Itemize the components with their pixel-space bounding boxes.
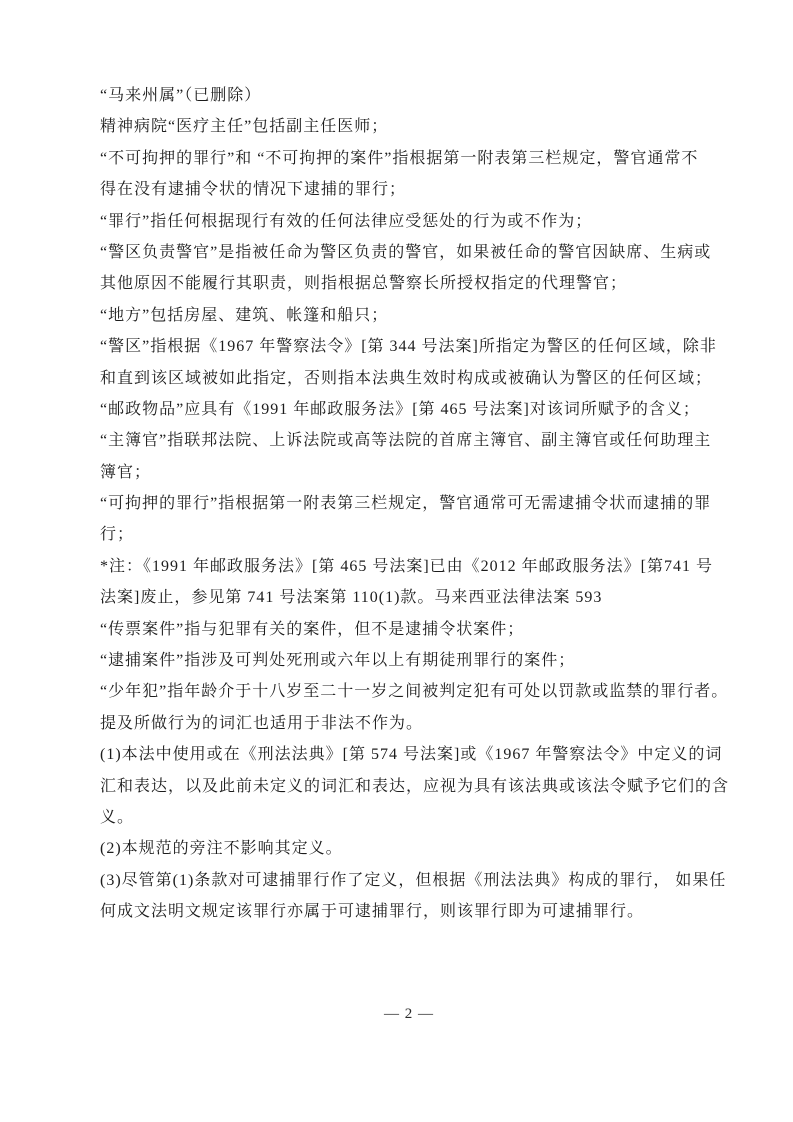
text-line: 行； — [100, 519, 725, 550]
text-line: 精神病院“医疗主任”包括副主任医师； — [100, 111, 725, 142]
document-page: “马来州属”（已删除）精神病院“医疗主任”包括副主任医师；“不可拘押的罪行”和 … — [0, 0, 793, 1122]
text-line: 汇和表达，以及此前未定义的词汇和表达，应视为具有该法典或该法令赋予它们的含 — [100, 771, 725, 802]
text-line: “地方”包括房屋、建筑、帐篷和船只； — [100, 300, 725, 331]
page-number: — 2 — — [100, 1003, 718, 1025]
text-line: “少年犯”指年龄介于十八岁至二十一岁之间被判定犯有可处以罚款或监禁的罪行者。 — [100, 676, 725, 707]
text-line: “马来州属”（已删除） — [100, 80, 725, 111]
document-body: “马来州属”（已删除）精神病院“医疗主任”包括副主任医师；“不可拘押的罪行”和 … — [100, 80, 725, 928]
text-line: “主簿官”指联邦法院、上诉法院或高等法院的首席主簿官、副主簿官或任何助理主 — [100, 425, 725, 456]
text-line: “不可拘押的罪行”和 “不可拘押的案件”指根据第一附表第三栏规定，警官通常不 — [100, 143, 725, 174]
text-line: (3)尽管第(1)条款对可逮捕罪行作了定义，但根据《刑法法典》构成的罪行， 如果… — [100, 865, 725, 896]
text-line: 何成文法明文规定该罪行亦属于可逮捕罪行，则该罪行即为可逮捕罪行。 — [100, 896, 725, 927]
text-line: *注：《1991 年邮政服务法》[第 465 号法案]已由《2012 年邮政服务… — [100, 551, 725, 582]
text-line: 其他原因不能履行其职责，则指根据总警察长所授权指定的代理警官； — [100, 268, 725, 299]
text-line: “警区”指根据《1967 年警察法令》[第 344 号法案]所指定为警区的任何区… — [100, 331, 725, 362]
text-line: (2)本规范的旁注不影响其定义。 — [100, 833, 725, 864]
text-line: 提及所做行为的词汇也适用于非法不作为。 — [100, 708, 725, 739]
text-line: “邮政物品”应具有《1991 年邮政服务法》[第 465 号法案]对该词所赋予的… — [100, 394, 725, 425]
text-line: 义。 — [100, 802, 725, 833]
text-line: “逮捕案件”指涉及可判处死刑或六年以上有期徒刑罪行的案件； — [100, 645, 725, 676]
text-line: (1)本法中使用或在《刑法法典》[第 574 号法案]或《1967 年警察法令》… — [100, 739, 725, 770]
text-line: 法案]废止，参见第 741 号法案第 110(1)款。马来西亚法律法案 593 — [100, 582, 725, 613]
text-line: 和直到该区域被如此指定，否则指本法典生效时构成或被确认为警区的任何区域； — [100, 363, 725, 394]
text-line: “罪行”指任何根据现行有效的任何法律应受惩处的行为或不作为； — [100, 206, 725, 237]
text-line: “传票案件”指与犯罪有关的案件，但不是逮捕令状案件； — [100, 614, 725, 645]
text-line: “警区负责警官”是指被任命为警区负责的警官，如果被任命的警官因缺席、生病或 — [100, 237, 725, 268]
text-line: 得在没有逮捕令状的情况下逮捕的罪行； — [100, 174, 725, 205]
text-line: 簿官； — [100, 457, 725, 488]
text-line: “可拘押的罪行”指根据第一附表第三栏规定，警官通常可无需逮捕令状而逮捕的罪 — [100, 488, 725, 519]
